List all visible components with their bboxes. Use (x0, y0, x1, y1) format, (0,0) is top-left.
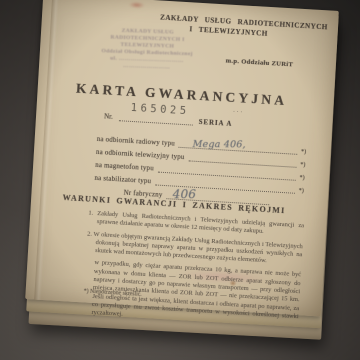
stamp-line: RADIOTECHNICZNYCH I TELEWIZYJNYCH (110, 35, 184, 50)
field-label: na stabilizator typu (94, 175, 151, 185)
warranty-card: ZAKŁADY USŁUG RADIOTECHNICZNYCH I TELEWI… (25, 0, 339, 317)
serial-row: Nr. SERIA A (104, 111, 284, 131)
stamp-line: ul. …………………………… (110, 56, 184, 64)
device-type-fields: na odbiornik radiowy typu Mega 406, *) n… (93, 130, 306, 207)
nr-label: Nr. (104, 112, 113, 121)
paper-fold-crease (34, 0, 59, 300)
seria-label: SERIA A (199, 119, 233, 128)
photo-background: ZAKŁADY USŁUG RADIOTECHNICZNYCH I TELEWI… (0, 0, 360, 360)
mp-branch-line: m.p. Oddziału ZURiT (225, 57, 293, 68)
serial-smudge-marks: ··· (232, 107, 244, 117)
red-stain (129, 2, 145, 9)
stamp-line: …………………… (123, 63, 170, 71)
asterisk-ref: *) (298, 188, 304, 194)
terms-paragraphs: 1. Zakłady Usług Radiotechnicznych i Tel… (82, 210, 304, 334)
